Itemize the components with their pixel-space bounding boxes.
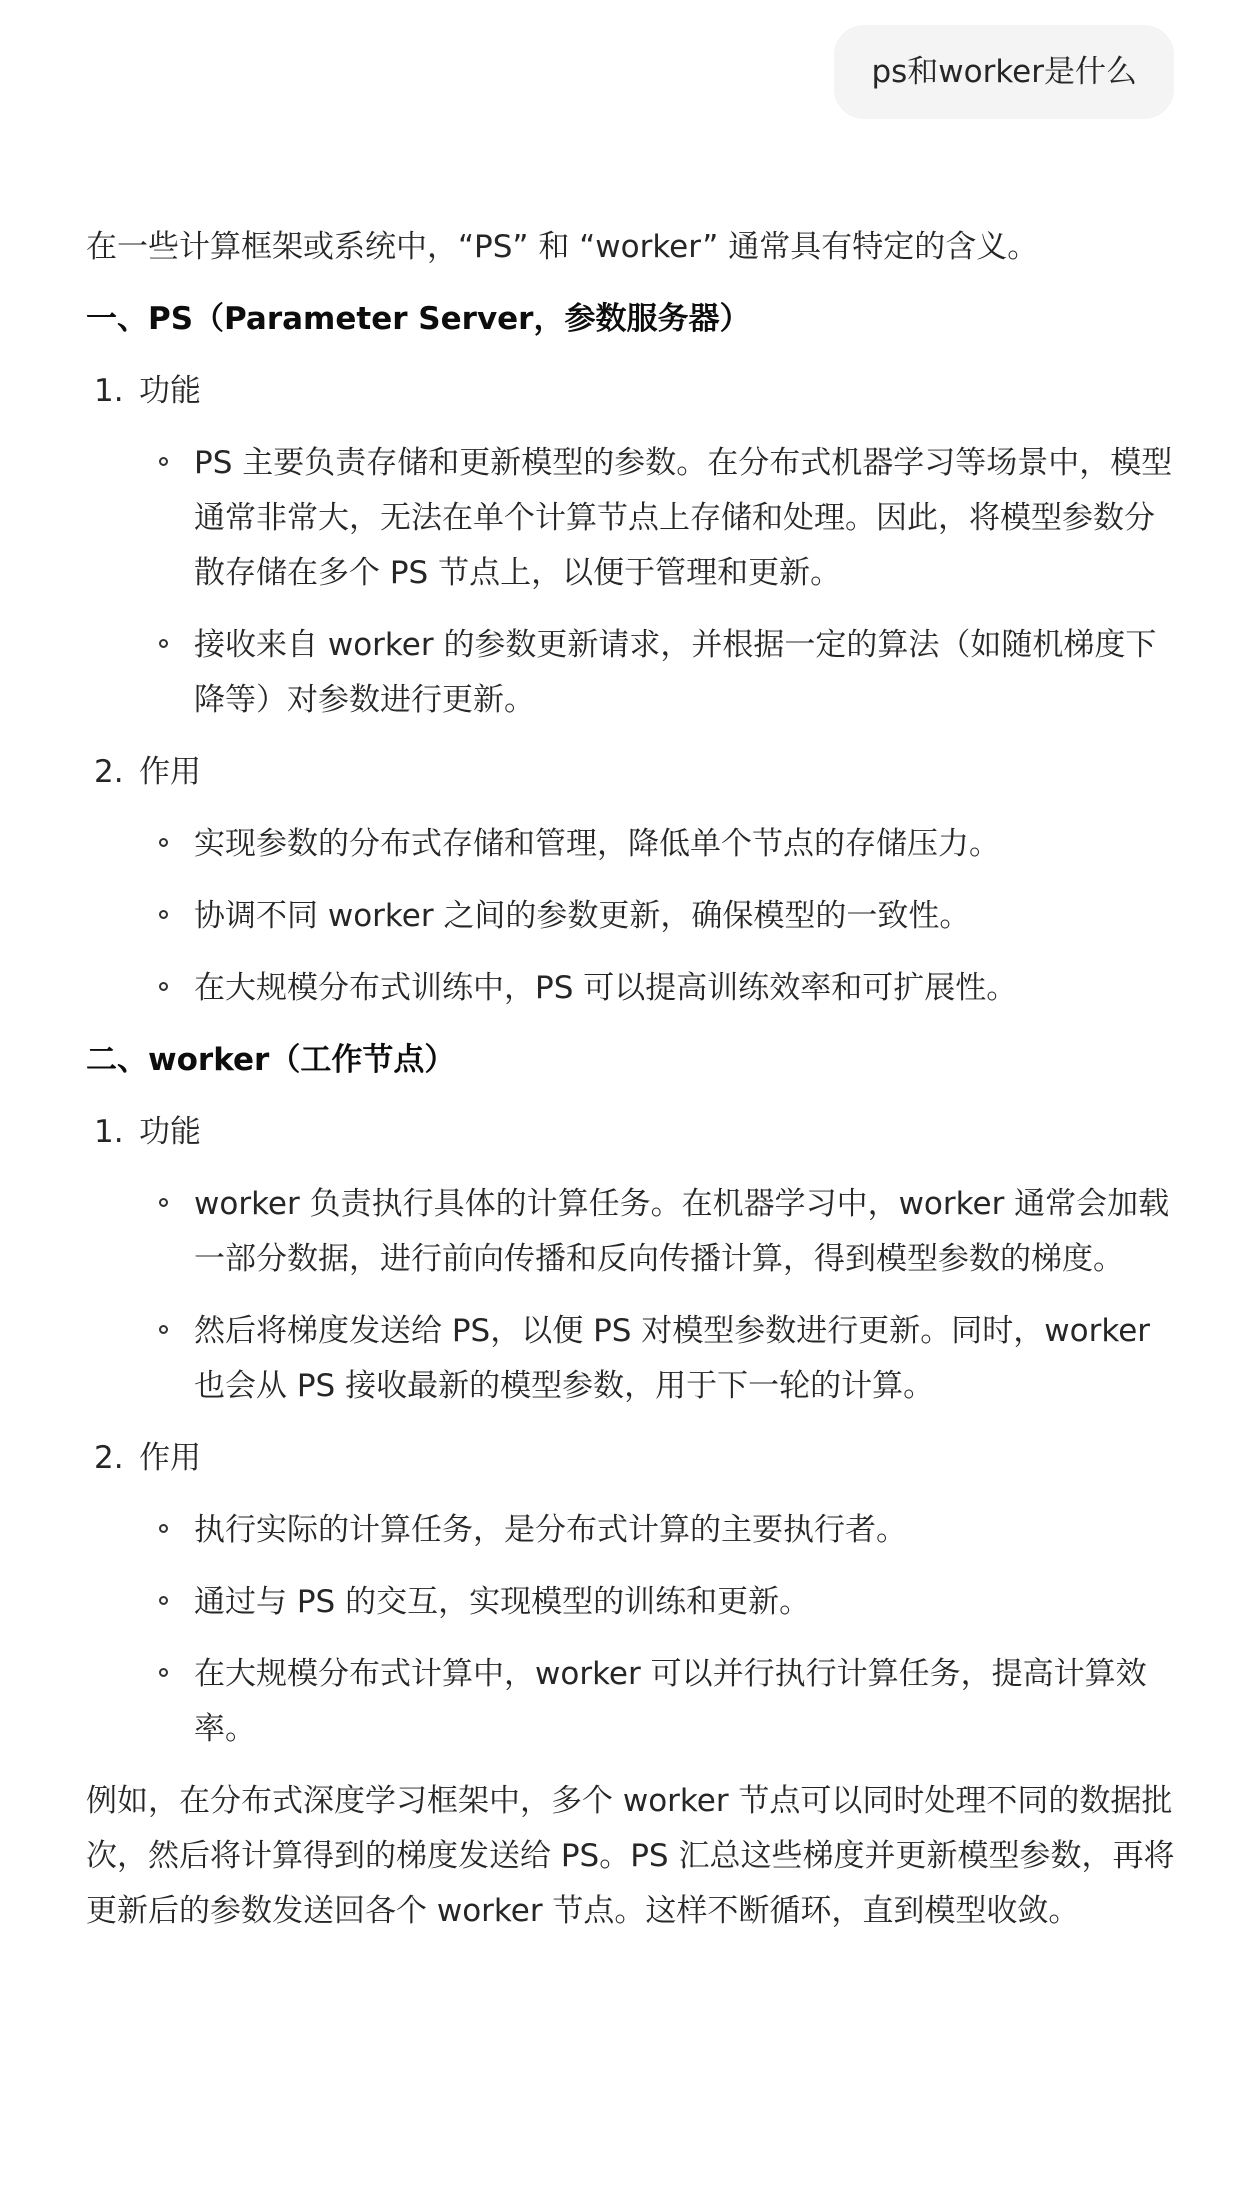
list-number: 2.: [94, 1431, 124, 1486]
list-item-title: 功能: [139, 373, 201, 409]
hollow-bullet-icon: [159, 1596, 168, 1605]
bullet-text: 实现参数的分布式存储和管理，降低单个节点的存储压力。: [194, 826, 1000, 862]
hollow-bullet-icon: [159, 639, 168, 648]
bullet-text: worker 负责执行具体的计算任务。在机器学习中，worker 通常会加载一部…: [194, 1186, 1169, 1277]
list-item-role: 2. 作用: [86, 745, 1176, 800]
bullet-list: PS 主要负责存储和更新模型的参数。在分布式机器学习等场景中，模型通常非常大，无…: [86, 436, 1176, 728]
hollow-bullet-icon: [159, 1668, 168, 1677]
hollow-bullet-icon: [159, 457, 168, 466]
hollow-bullet-icon: [159, 1198, 168, 1207]
hollow-bullet-icon: [159, 910, 168, 919]
list-number: 1.: [94, 364, 124, 419]
bullet-item: 协调不同 worker 之间的参数更新，确保模型的一致性。: [86, 889, 1176, 944]
bullet-item: 在大规模分布式训练中，PS 可以提高训练效率和可扩展性。: [86, 961, 1176, 1016]
bullet-list: worker 负责执行具体的计算任务。在机器学习中，worker 通常会加载一部…: [86, 1177, 1176, 1414]
user-message-bubble: ps和worker是什么: [834, 25, 1174, 119]
list-item-function: 1. 功能: [86, 364, 1176, 419]
user-message-row: ps和worker是什么: [834, 25, 1174, 119]
section-heading: 二、worker（工作节点）: [86, 1033, 1176, 1088]
bullet-item: 接收来自 worker 的参数更新请求，并根据一定的算法（如随机梯度下降等）对参…: [86, 618, 1176, 728]
list-number: 2.: [94, 745, 124, 800]
bullet-item: 实现参数的分布式存储和管理，降低单个节点的存储压力。: [86, 817, 1176, 872]
bullet-text: 在大规模分布式训练中，PS 可以提高训练效率和可扩展性。: [194, 970, 1017, 1006]
bullet-text: 协调不同 worker 之间的参数更新，确保模型的一致性。: [194, 898, 970, 934]
hollow-bullet-icon: [159, 838, 168, 847]
hollow-bullet-icon: [159, 1325, 168, 1334]
list-item-title: 作用: [139, 1440, 201, 1476]
bullet-item: PS 主要负责存储和更新模型的参数。在分布式机器学习等场景中，模型通常非常大，无…: [86, 436, 1176, 601]
hollow-bullet-icon: [159, 1524, 168, 1533]
bullet-item: 在大规模分布式计算中，worker 可以并行执行计算任务，提高计算效率。: [86, 1647, 1176, 1757]
bullet-text: 执行实际的计算任务，是分布式计算的主要执行者。: [194, 1512, 907, 1548]
section-worker: 二、worker（工作节点） 1. 功能 worker 负责执行具体的计算任务。…: [86, 1033, 1176, 1757]
list-item-function: 1. 功能: [86, 1105, 1176, 1160]
section-ps: 一、PS（Parameter Server，参数服务器） 1. 功能 PS 主要…: [86, 292, 1176, 1016]
section-heading: 一、PS（Parameter Server，参数服务器）: [86, 292, 1176, 347]
answer-conclusion: 例如，在分布式深度学习框架中，多个 worker 节点可以同时处理不同的数据批次…: [86, 1774, 1176, 1939]
bullet-item: 执行实际的计算任务，是分布式计算的主要执行者。: [86, 1503, 1176, 1558]
bullet-list: 实现参数的分布式存储和管理，降低单个节点的存储压力。 协调不同 worker 之…: [86, 817, 1176, 1016]
list-item-title: 作用: [139, 754, 201, 790]
bullet-text: 通过与 PS 的交互，实现模型的训练和更新。: [194, 1584, 810, 1620]
bullet-text: PS 主要负责存储和更新模型的参数。在分布式机器学习等场景中，模型通常非常大，无…: [194, 445, 1172, 591]
bullet-text: 接收来自 worker 的参数更新请求，并根据一定的算法（如随机梯度下降等）对参…: [194, 627, 1156, 718]
bullet-text: 在大规模分布式计算中，worker 可以并行执行计算任务，提高计算效率。: [194, 1656, 1147, 1747]
answer-intro: 在一些计算框架或系统中，“PS” 和 “worker” 通常具有特定的含义。: [86, 220, 1176, 275]
bullet-item: worker 负责执行具体的计算任务。在机器学习中，worker 通常会加载一部…: [86, 1177, 1176, 1287]
hollow-bullet-icon: [159, 982, 168, 991]
list-number: 1.: [94, 1105, 124, 1160]
list-item-title: 功能: [139, 1114, 201, 1150]
bullet-item: 通过与 PS 的交互，实现模型的训练和更新。: [86, 1575, 1176, 1630]
bullet-list: 执行实际的计算任务，是分布式计算的主要执行者。 通过与 PS 的交互，实现模型的…: [86, 1503, 1176, 1757]
list-item-role: 2. 作用: [86, 1431, 1176, 1486]
assistant-answer: 在一些计算框架或系统中，“PS” 和 “worker” 通常具有特定的含义。 一…: [86, 220, 1176, 1939]
bullet-item: 然后将梯度发送给 PS，以便 PS 对模型参数进行更新。同时，worker 也会…: [86, 1304, 1176, 1414]
bullet-text: 然后将梯度发送给 PS，以便 PS 对模型参数进行更新。同时，worker 也会…: [194, 1313, 1150, 1404]
